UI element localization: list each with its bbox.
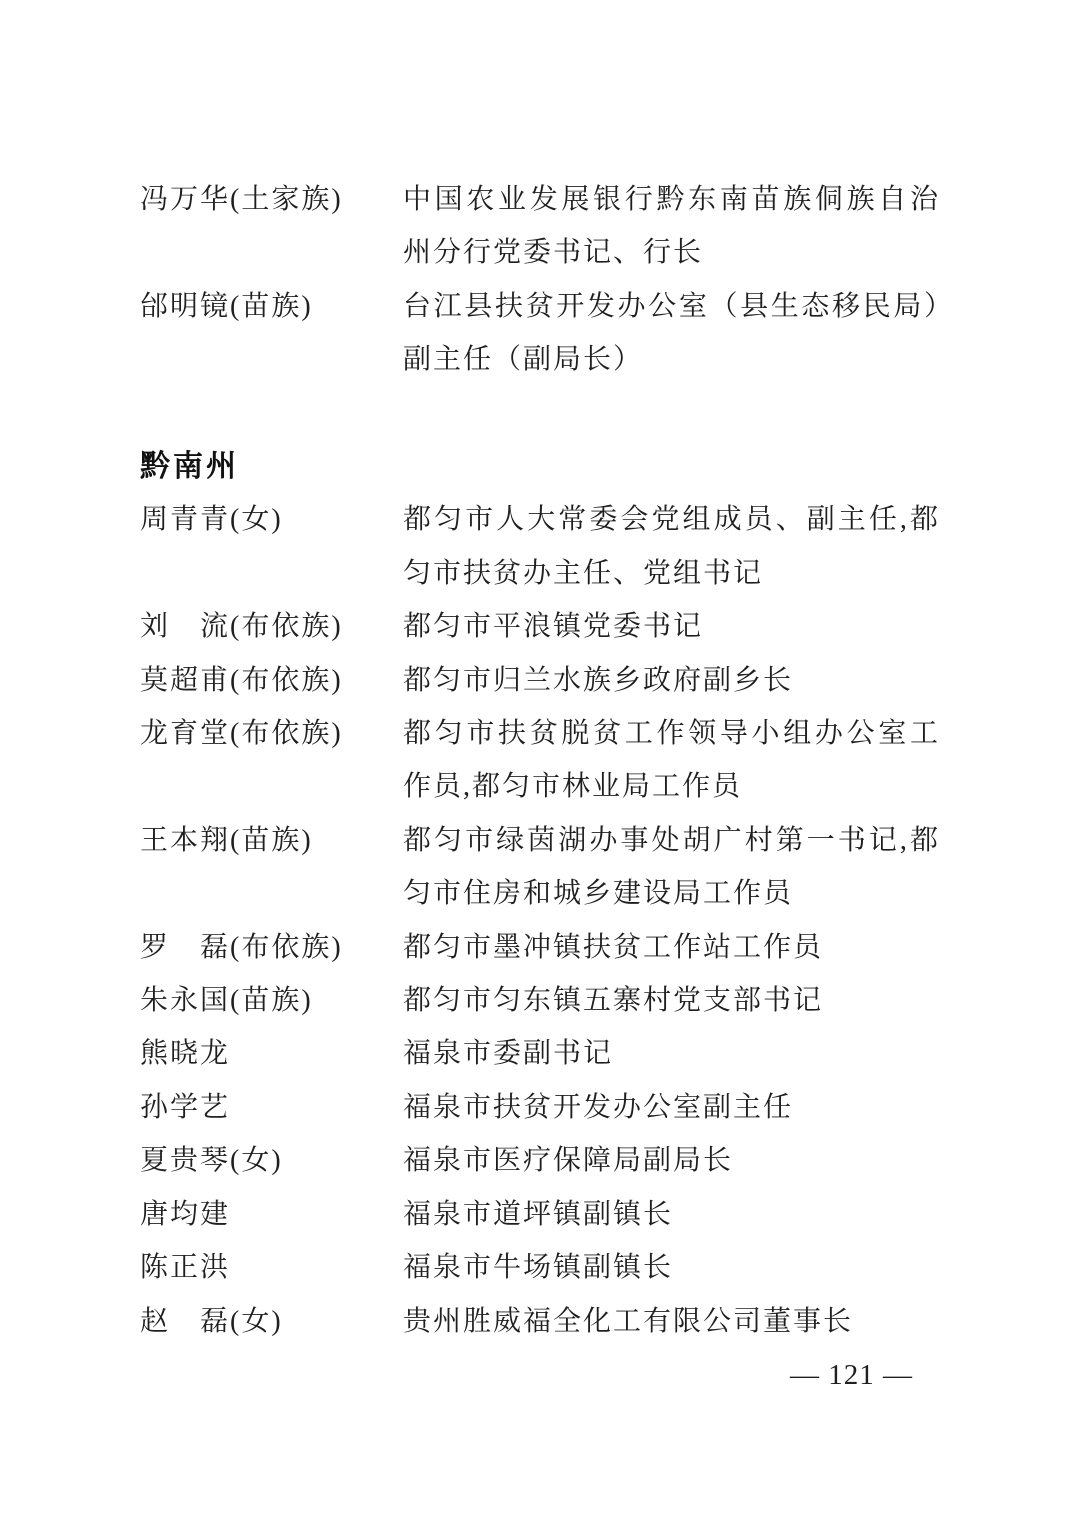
entry-row: 唐均建 福泉市道坪镇副镇长 [140,1188,940,1241]
entry-position: 都匀市墨冲镇扶贫工作站工作员 [403,921,940,974]
document-page: 冯万华(土家族) 中国农业发展银行黔东南苗族侗族自治州分行党委书记、行长 邰明镜… [0,0,1080,1527]
entry-name: 莫超甫(布依族) [140,654,403,707]
entry-name: 王本翔(苗族) [140,814,403,867]
entry-name: 孙学艺 [140,1081,403,1134]
entry-row: 罗 磊(布依族) 都匀市墨冲镇扶贫工作站工作员 [140,921,940,974]
section-heading: 黔南州 [140,440,940,493]
entry-name: 熊晓龙 [140,1027,403,1080]
entry-position: 福泉市牛场镇副镇长 [403,1241,940,1294]
entry-row: 冯万华(土家族) 中国农业发展银行黔东南苗族侗族自治州分行党委书记、行长 [140,173,940,280]
entry-name: 刘 流(布依族) [140,600,403,653]
roster-list: 冯万华(土家族) 中国农业发展银行黔东南苗族侗族自治州分行党委书记、行长 邰明镜… [140,173,940,1348]
entry-row: 周青青(女) 都匀市人大常委会党组成员、副主任,都匀市扶贫办主任、党组书记 [140,493,940,600]
entry-name: 陈正洪 [140,1241,403,1294]
entry-name: 赵 磊(女) [140,1295,403,1348]
entry-row: 刘 流(布依族) 都匀市平浪镇党委书记 [140,600,940,653]
entry-row: 朱永国(苗族) 都匀市匀东镇五寨村党支部书记 [140,974,940,1027]
entry-position: 福泉市道坪镇副镇长 [403,1188,940,1241]
entry-position: 都匀市扶贫脱贫工作领导小组办公室工作员,都匀市林业局工作员 [403,707,940,814]
entry-position: 中国农业发展银行黔东南苗族侗族自治州分行党委书记、行长 [403,173,940,280]
entry-row: 龙育堂(布依族) 都匀市扶贫脱贫工作领导小组办公室工作员,都匀市林业局工作员 [140,707,940,814]
entry-position: 贵州胜威福全化工有限公司董事长 [403,1295,940,1348]
entry-name: 唐均建 [140,1188,403,1241]
entry-row: 邰明镜(苗族) 台江县扶贫开发办公室（县生态移民局）副主任（副局长） [140,280,940,387]
page-number: — 121 — [790,1358,913,1392]
entry-row: 莫超甫(布依族) 都匀市归兰水族乡政府副乡长 [140,654,940,707]
entry-position: 福泉市扶贫开发办公室副主任 [403,1081,940,1134]
entry-row: 王本翔(苗族) 都匀市绿茵湖办事处胡广村第一书记,都匀市住房和城乡建设局工作员 [140,814,940,921]
entry-position: 福泉市委副书记 [403,1027,940,1080]
entry-position: 都匀市匀东镇五寨村党支部书记 [403,974,940,1027]
entry-name: 冯万华(土家族) [140,173,403,226]
entry-row: 陈正洪 福泉市牛场镇副镇长 [140,1241,940,1294]
entry-position: 福泉市医疗保障局副局长 [403,1134,940,1187]
entry-name: 周青青(女) [140,493,403,546]
entry-name: 龙育堂(布依族) [140,707,403,760]
entry-position: 都匀市归兰水族乡政府副乡长 [403,654,940,707]
entry-row: 夏贵琴(女) 福泉市医疗保障局副局长 [140,1134,940,1187]
entry-name: 朱永国(苗族) [140,974,403,1027]
entry-name: 邰明镜(苗族) [140,280,403,333]
entry-position: 都匀市平浪镇党委书记 [403,600,940,653]
entry-row: 熊晓龙 福泉市委副书记 [140,1027,940,1080]
entry-position: 都匀市人大常委会党组成员、副主任,都匀市扶贫办主任、党组书记 [403,493,940,600]
entry-name: 夏贵琴(女) [140,1134,403,1187]
entry-position: 都匀市绿茵湖办事处胡广村第一书记,都匀市住房和城乡建设局工作员 [403,814,940,921]
entry-row: 赵 磊(女) 贵州胜威福全化工有限公司董事长 [140,1295,940,1348]
entry-position: 台江县扶贫开发办公室（县生态移民局）副主任（副局长） [403,280,940,387]
entry-row: 孙学艺 福泉市扶贫开发办公室副主任 [140,1081,940,1134]
entry-name: 罗 磊(布依族) [140,921,403,974]
